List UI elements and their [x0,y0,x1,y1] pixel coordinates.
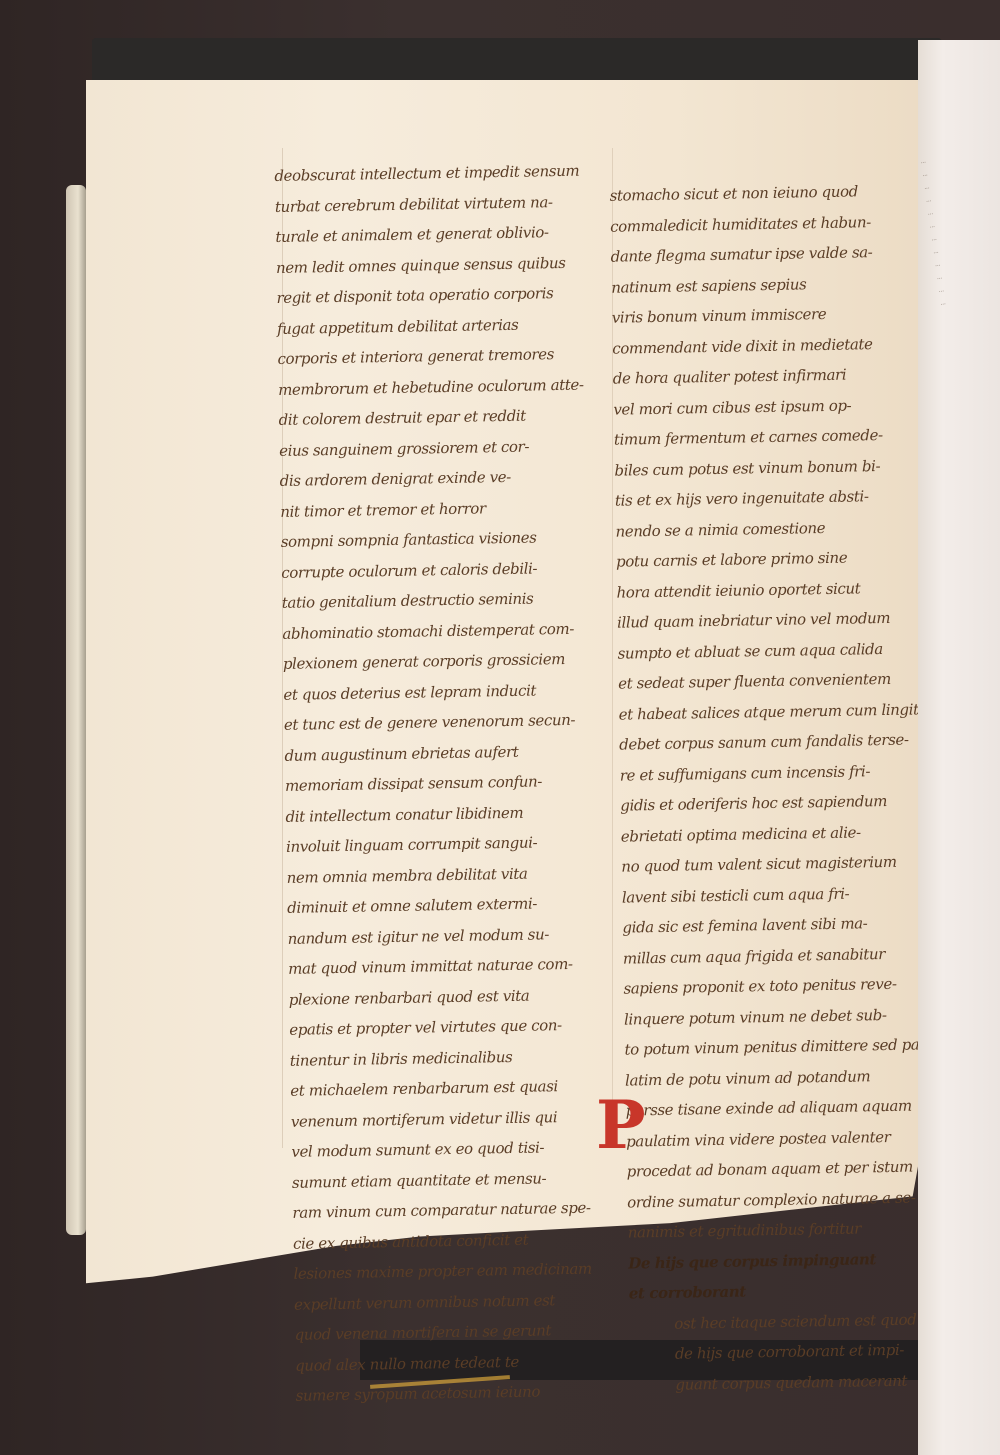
text-line: dante flegma sumatur ipse valde sa- [610,236,910,272]
text-line: ordine sumatur complexio naturae a se- [627,1182,927,1218]
rubricated-initial: P [596,1092,646,1158]
text-line: no quod tum valent sicut magisterium [621,846,921,882]
text-line: et tunc est de genere venenorum secun- [284,704,614,740]
text-line: plexionem generat corporis grossiciem [283,643,613,679]
text-line: guant corpus quedam macerant [630,1365,930,1401]
text-line: biles cum potus est vinum bonum bi- [614,450,914,486]
book-cushion-top [92,38,942,84]
text-line: nem ledit omnes quinque sensus quibus [276,247,606,283]
text-line: et sedeat super fluenta convenientem [618,663,918,699]
text-line: illud quam inebriatur vino vel modum [617,602,917,638]
text-line: timum fermentum et carnes comede- [614,419,914,455]
text-line: debet corpus sanum cum fandalis terse- [619,724,919,760]
text-line: lesiones maxime propter eam medicinam [293,1253,623,1289]
text-line: to potum vinum penitus dimittere sed pau… [624,1029,924,1065]
text-line: parsse tisane exinde ad aliquam aquam [625,1090,925,1126]
text-line: mat quod vinum immittat naturae com- [288,948,618,984]
page-edge-left [66,185,86,1235]
text-line: deobscurat intellectum et impedit sensum [274,155,604,191]
text-line: ram vinum cum comparatur naturae spe- [292,1192,622,1228]
text-line: sapiens proponit ex toto penitus reve- [623,968,923,1004]
right-text-column: stomacho sicut et non ieiuno quodcommale… [609,175,930,1400]
text-line: sumere syropum acetosum ieiuno [295,1375,625,1411]
text-line: commendant vide dixit in medietate [612,328,912,364]
left-text-column: deobscurat intellectum et impedit sensum… [274,155,626,1411]
text-line: procedat ad bonam aquam et per istum [626,1151,926,1187]
text-line: membrorum et hebetudine oculorum atte- [278,369,608,405]
text-line: de hijs que corroborant et impi- [630,1334,930,1370]
text-line: gidis et oderiferis hoc est sapiendum [620,785,920,821]
